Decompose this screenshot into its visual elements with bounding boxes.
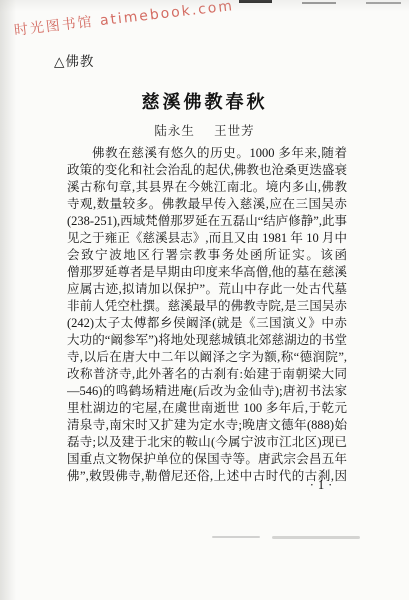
body-line: 见之于雍正《慈溪县志》,而且又由 1981 年 10 月中国佛教协 (67, 230, 347, 247)
scan-artifact-bar (239, 0, 272, 3)
article-title: 慈溪佛教春秋 (0, 88, 409, 114)
scan-smudge (272, 536, 360, 539)
body-line: 僧那罗延尊者是早期由印度来华高僧,他的墓在慈溪五磊山, (67, 264, 347, 281)
body-line: 会致宁波地区行署宗教事务处函所证实。该函称:“三国时梵 (67, 247, 347, 264)
body-line: 清泉寺,南宋时又扩建为定水寺;晚唐文德年(888)始建的五 (67, 417, 347, 434)
page-number: ·1· (300, 478, 346, 493)
body-line: 磊寺;以及建于北宋的鞍山(今属宁波市江北区)现已列为全 (67, 434, 347, 451)
body-line: 大功的“阚参军”)将地处现慈城镇北郊慈湖边的书堂舍为佛 (67, 332, 347, 349)
article-authors: 陆永生 王世芳 (0, 121, 409, 139)
body-line: 政策的变化和社会治乱的起伏,佛教也沧桑更迭盛衰互见,慈 (67, 162, 347, 179)
body-line: (238-251),西域梵僧那罗延在五磊山“结庐修静”,此事不仅 (67, 213, 347, 230)
body-line: 寺观,数量较多。佛教最早传入慈溪,应在三国吴赤乌年间 (67, 196, 347, 213)
body-line: 寺,以后在唐大中二年以阚泽之字为额,称“德润院”,后来又 (67, 349, 347, 366)
scan-artifact-bar (366, 2, 401, 4)
author-name: 陆永生 (154, 124, 195, 138)
body-line: 溪古称句章,其县界在今姚江南北。境内多山,佛教和道教的 (67, 179, 347, 196)
body-line: 里杜湖边的宅屋,在虞世南逝世 100 多年后,于乾元二年改建 (67, 400, 347, 417)
scanned-book-page: 时光图书馆 atimebook.com △佛教 慈溪佛教春秋 陆永生 王世芳 佛… (0, 0, 409, 600)
body-line: 非前人凭空杜撰。慈溪最早的佛教寺院,是三国吴赤乌五年 (67, 298, 347, 315)
library-watermark: 时光图书馆 atimebook.com (13, 0, 235, 40)
author-name: 王世芳 (214, 124, 255, 138)
scan-smudge (212, 536, 260, 538)
scan-artifact-bar (302, 2, 336, 4)
article-body: 佛教在慈溪有悠久的历史。1000 多年来,随着历代宗教 政策的变化和社会治乱的起… (67, 145, 347, 485)
body-line: 国重点文物保护单位的保国寺等。唐武宗会昌五年(845)“灭 (67, 451, 347, 468)
body-line: 佛教在慈溪有悠久的历史。1000 多年来,随着历代宗教 (67, 145, 347, 162)
section-marker: △佛教 (54, 50, 94, 70)
body-line: —546)的鸣鹤场精进庵(后改为金仙寺);唐初书法家虞世南 (67, 383, 347, 400)
body-line: (242)太子太傅都乡侯阚泽(就是《三国演义》中赤壁之战立了 (67, 315, 347, 332)
body-line: 改称普济寺,此外著名的古刹有:始建于南朝梁大同年间(535 (67, 366, 347, 383)
body-line: 应属古迹,拟请加以保护”。荒山中存此一处古代墓葬,可见绝 (67, 281, 347, 298)
